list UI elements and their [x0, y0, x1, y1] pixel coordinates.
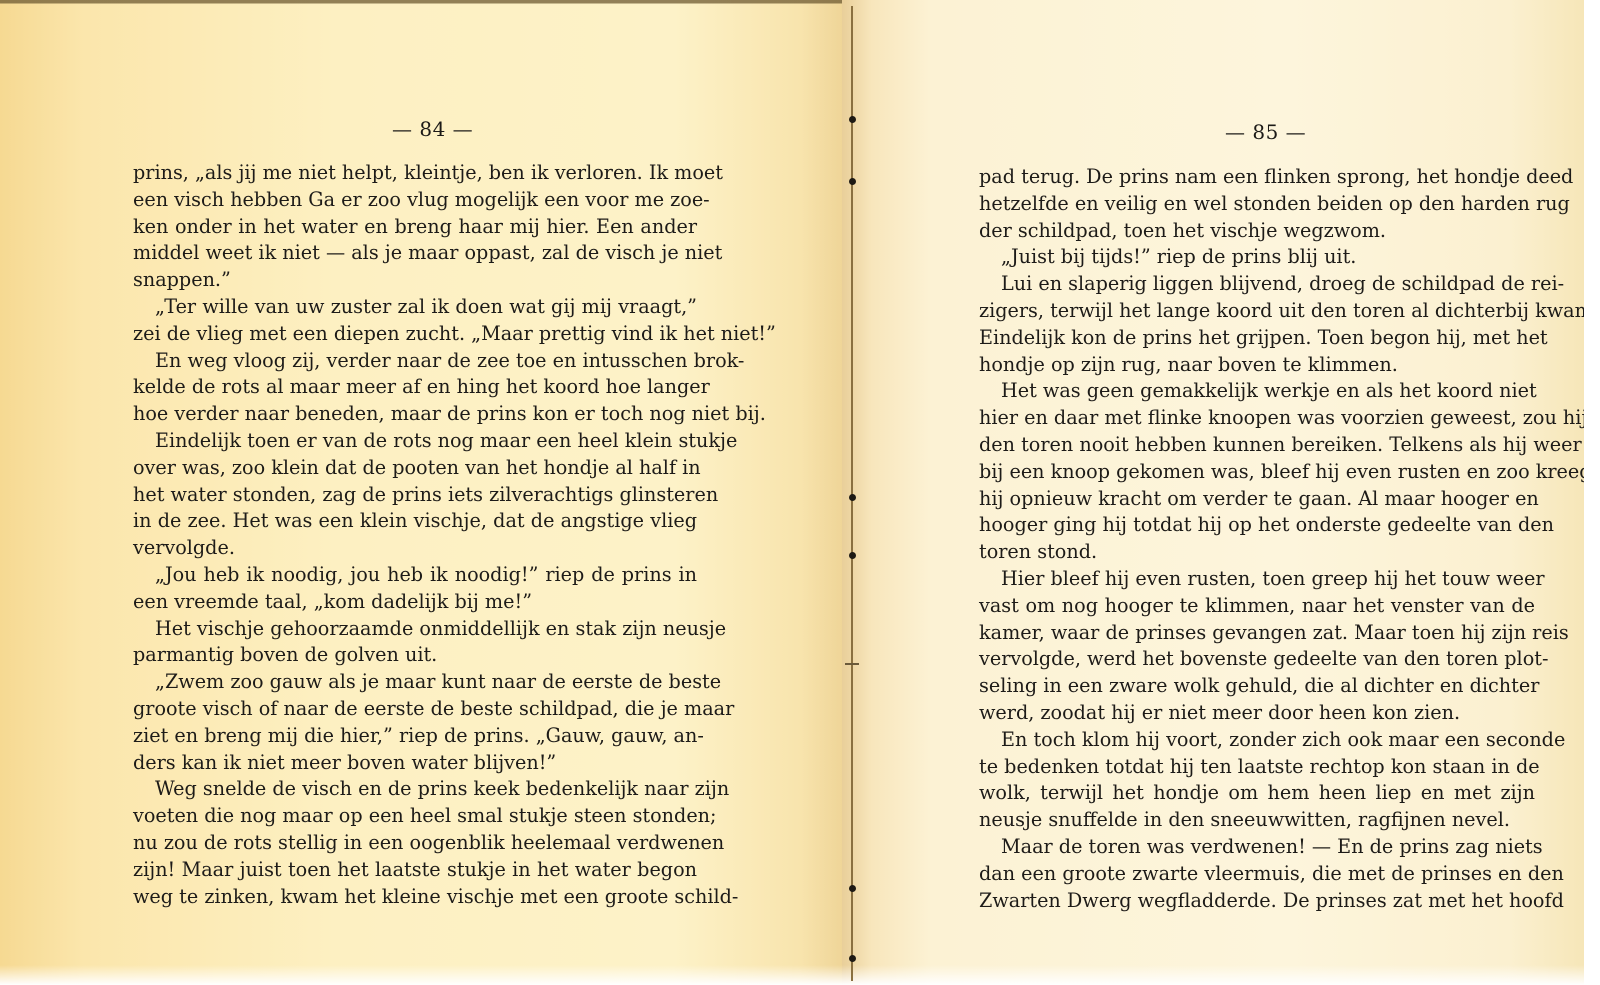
text-line: Eindelijk toen er van de rots nog maar e…	[133, 428, 697, 455]
scan-margin	[1584, 0, 1600, 985]
page-number-84: — 84 —	[392, 117, 473, 141]
text-line: „Juist bij tijds!” riep de prins blij ui…	[979, 244, 1535, 271]
text-line: hij opnieuw kracht om verder te gaan. Al…	[979, 486, 1535, 513]
text-line: neusje snuffelde in den sneeuwwitten, ra…	[979, 807, 1535, 834]
text-line: te bedenken totdat hij ten laatste recht…	[979, 754, 1535, 781]
text-line: hier en daar met flinke knoopen was voor…	[979, 405, 1535, 432]
binding-stitch	[849, 955, 856, 962]
text-line: hetzelfde en veilig en wel stonden beide…	[979, 191, 1535, 218]
binding-stitch	[849, 178, 856, 185]
text-line: Hier bleef hij even rusten, toen greep h…	[979, 566, 1535, 593]
text-line: hoe verder naar beneden, maar de prins k…	[133, 401, 697, 428]
text-line: toren stond.	[979, 539, 1535, 566]
binding-thread	[845, 663, 859, 665]
text-line: hooger ging hij totdat hij op het onders…	[979, 512, 1535, 539]
text-line: zei de vlieg met een diepen zucht. „Maar…	[133, 321, 697, 348]
text-line: zijn! Maar juist toen het laatste stukje…	[133, 857, 697, 884]
text-line: Eindelijk kon de prins het grijpen. Toen…	[979, 325, 1535, 352]
text-line: dan een groote zwarte vleermuis, die met…	[979, 861, 1535, 888]
text-line: „Zwem zoo gauw als je maar kunt naar de …	[133, 669, 697, 696]
binding-stitch	[849, 552, 856, 559]
binding-stitch	[849, 494, 856, 501]
text-line: pad terug. De prins nam een flinken spro…	[979, 164, 1535, 191]
text-line: middel weet ik niet — als je maar oppast…	[133, 240, 697, 267]
text-line: kelde de rots al maar meer af en hing he…	[133, 374, 697, 401]
text-line: „Ter wille van uw zuster zal ik doen wat…	[133, 294, 697, 321]
text-line: een visch hebben Ga er zoo vlug mogelijk…	[133, 187, 697, 214]
text-line: parmantig boven de golven uit.	[133, 642, 697, 669]
text-line: nu zou de rots stellig in een oogenblik …	[133, 830, 697, 857]
book-spread: — 84 — prins, „als jij me niet helpt, kl…	[0, 0, 1600, 985]
text-line: ken onder in het water en breng haar mij…	[133, 214, 697, 241]
text-line: „Jou heb ik noodig, jou heb ik noodig!” …	[133, 562, 697, 589]
text-line: een vreemde taal, „kom dadelijk bij me!”	[133, 589, 697, 616]
text-line: ziet en breng mij die hier,” riep de pri…	[133, 723, 697, 750]
text-line: En toch klom hij voort, zonder zich ook …	[979, 727, 1535, 754]
text-line: voeten die nog maar op een heel smal stu…	[133, 803, 697, 830]
text-line: het water stonden, zag de prins iets zil…	[133, 482, 697, 509]
right-page-text: pad terug. De prins nam een flinken spro…	[979, 164, 1535, 914]
text-line: vervolgde, werd het bovenste gedeelte va…	[979, 646, 1535, 673]
text-line: den toren nooit hebben kunnen bereiken. …	[979, 432, 1535, 459]
left-page-text: prins, „als jij me niet helpt, kleintje,…	[133, 160, 697, 910]
text-line: vervolgde.	[133, 535, 697, 562]
text-line: seling in een zware wolk gehuld, die al …	[979, 673, 1535, 700]
text-line: vast om nog hooger te klimmen, naar het …	[979, 593, 1535, 620]
text-line: hondje op zijn rug, naar boven te klimme…	[979, 352, 1535, 379]
binding-stitch	[849, 116, 856, 123]
text-line: Het vischje gehoorzaamde onmiddellijk en…	[133, 616, 697, 643]
text-line: werd, zoodat hij er niet meer door heen …	[979, 700, 1535, 727]
text-line: over was, zoo klein dat de pooten van he…	[133, 455, 697, 482]
text-line: weg te zinken, kwam het kleine vischje m…	[133, 884, 697, 911]
left-page: — 84 — prins, „als jij me niet helpt, kl…	[0, 0, 842, 985]
text-line: prins, „als jij me niet helpt, kleintje,…	[133, 160, 697, 187]
text-line: kamer, waar de prinses gevangen zat. Maa…	[979, 620, 1535, 647]
text-line: Weg snelde de visch en de prins keek bed…	[133, 776, 697, 803]
page-number-85: — 85 —	[1225, 120, 1306, 144]
binding-stitch	[849, 885, 856, 892]
text-line: snappen.”	[133, 267, 697, 294]
text-line: in de zee. Het was een klein vischje, da…	[133, 508, 697, 535]
text-line: wolk, terwijl het hondje om hem heen lie…	[979, 780, 1535, 807]
text-line: En weg vloog zij, verder naar de zee toe…	[133, 348, 697, 375]
text-line: groote visch of naar de eerste de beste …	[133, 696, 697, 723]
text-line: zigers, terwijl het lange koord uit den …	[979, 298, 1535, 325]
text-line: Maar de toren was verdwenen! — En de pri…	[979, 834, 1535, 861]
right-page: — 85 — pad terug. De prins nam een flink…	[842, 0, 1584, 985]
text-line: der schildpad, toen het vischje wegzwom.	[979, 218, 1535, 245]
text-line: Lui en slaperig liggen blijvend, droeg d…	[979, 271, 1535, 298]
text-line: Zwarten Dwerg wegfladderde. De prinses z…	[979, 888, 1535, 915]
text-line: Het was geen gemakkelijk werkje en als h…	[979, 378, 1535, 405]
text-line: ders kan ik niet meer boven water blijve…	[133, 750, 697, 777]
text-line: bij een knoop gekomen was, bleef hij eve…	[979, 459, 1535, 486]
